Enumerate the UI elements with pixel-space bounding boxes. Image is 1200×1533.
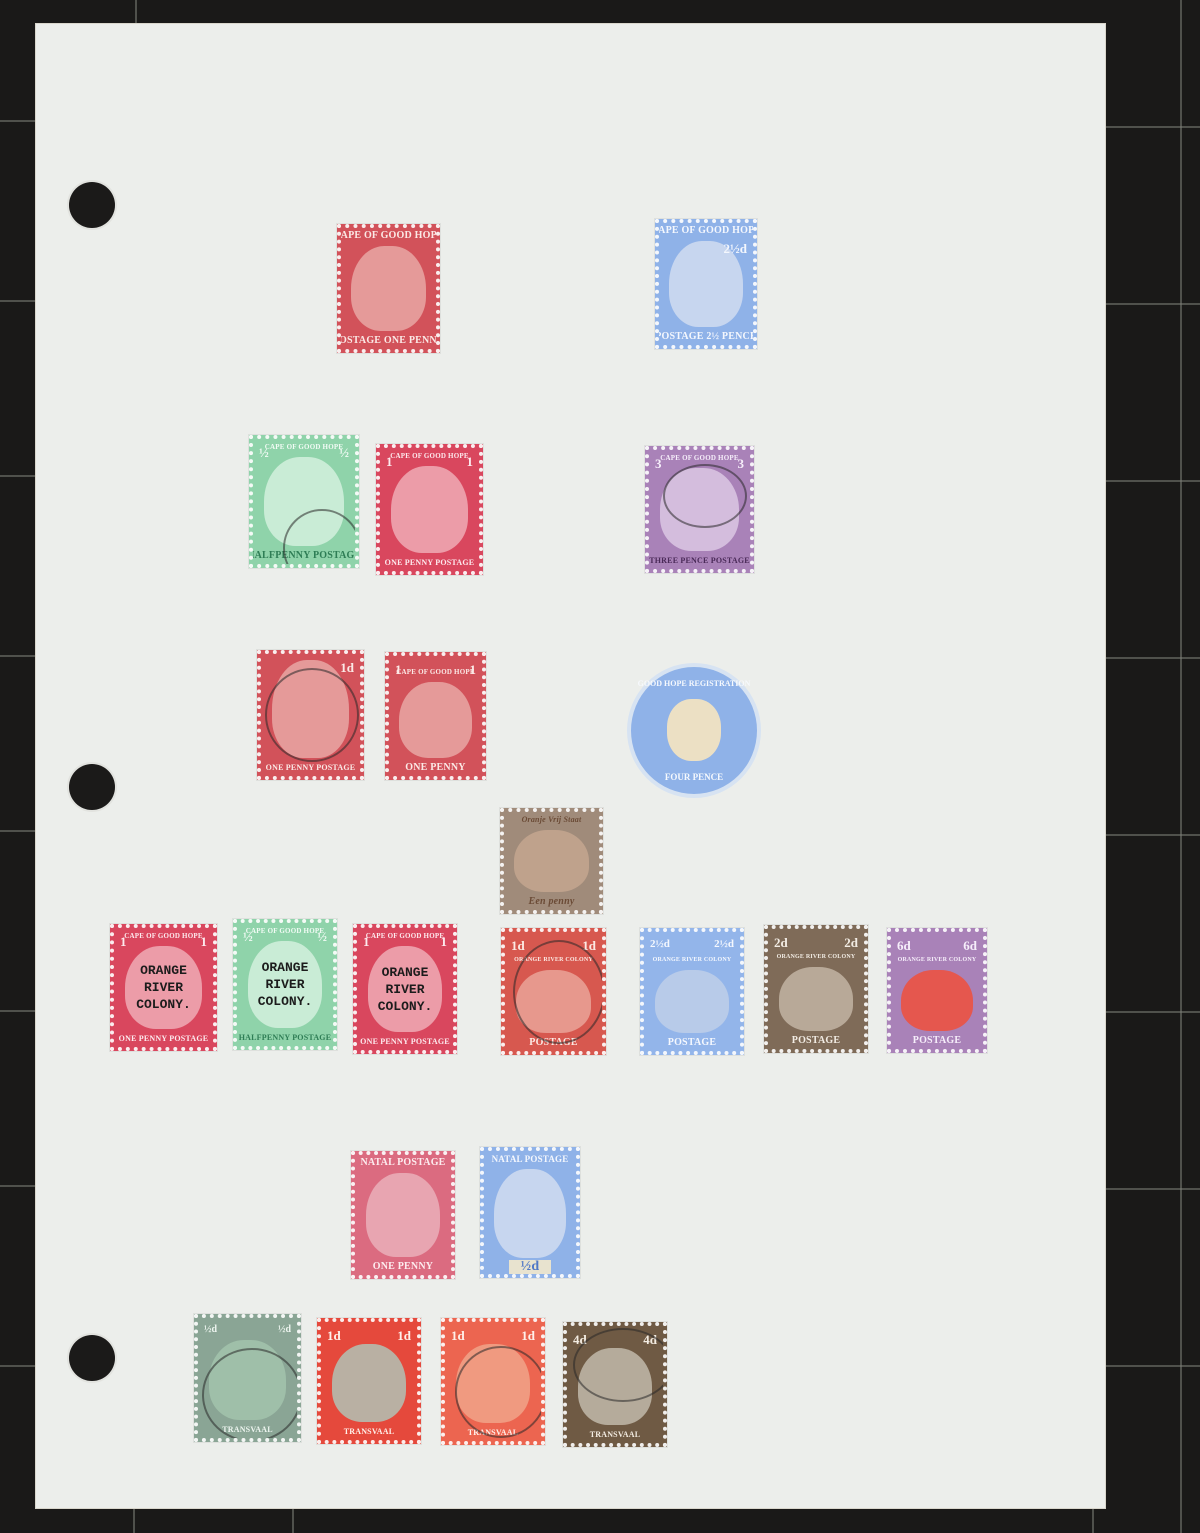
queen-victoria-embossed-profile (667, 699, 721, 761)
punch-hole (69, 764, 115, 810)
orange-tree-vignette (514, 830, 588, 892)
stamp-cape-registration-cutout: GOOD HOPE REGISTRATION FOUR PENCE (627, 663, 761, 798)
album-page (36, 24, 1105, 1508)
stamp-transvaal-1d-edward: 1d 1d TRANSVAAL (317, 1318, 421, 1444)
postmark (663, 464, 747, 528)
stamp-natal-1d-victoria: NATAL POSTAGE ONE PENNY (351, 1151, 455, 1279)
king-edward-portrait (332, 1344, 407, 1422)
stamp-cape-halfpenny: ½ ½ CAPE OF GOOD HOPE HALFPENNY POSTAGE (249, 435, 359, 568)
arms-and-table-mountain (399, 682, 472, 758)
stamp-ofs-een-penny: Oranje Vrij Staat Een penny (500, 808, 603, 914)
mat-seam (133, 1508, 135, 1533)
stamp-orc-6d-edward: 6d 6d ORANGE RIVER COLONY POSTAGE (887, 928, 987, 1053)
mat-seam (1105, 657, 1200, 659)
stamp-orc-overprint-1d: 1 1 CAPE OF GOOD HOPE ORANGE RIVER COLON… (353, 924, 457, 1054)
stamp-transvaal-4d-edward: 4d 4d TRANSVAAL (563, 1322, 667, 1447)
stamp-natal-half-edward: NATAL POSTAGE ½d (480, 1147, 580, 1278)
king-edward-portrait (655, 970, 730, 1033)
postmark (202, 1348, 301, 1442)
overprint-orange-river-colony: ORANGE RIVER COLONY. (258, 959, 313, 1010)
king-edward-portrait (901, 970, 973, 1031)
king-edward-portrait (494, 1169, 566, 1258)
queen-victoria-portrait (366, 1173, 441, 1257)
mat-seam (0, 1185, 36, 1187)
stamp-transvaal-half-edward: ½d ½d TRANSVAAL (194, 1314, 301, 1442)
mat-seam (1105, 303, 1200, 305)
stamp-orc-overprint-1d: 1 1 CAPE OF GOOD HOPE ORANGE RIVER COLON… (110, 924, 217, 1051)
mat-seam (292, 1508, 294, 1533)
stamp-transvaal-1d-edward: 1d 1d TRANSVAAL (441, 1318, 545, 1445)
stamp-cape-1d-hope-standing: 1 1 CAPE OF GOOD HOPE ONE PENNY POSTAGE (376, 444, 483, 575)
mat-seam (0, 655, 36, 657)
punch-hole (69, 1335, 115, 1381)
postmark (265, 668, 359, 762)
mat-seam (0, 300, 36, 302)
mat-seam (0, 830, 36, 832)
hope-seated-vignette (351, 246, 425, 331)
mat-seam (1092, 1508, 1094, 1533)
postmark (573, 1328, 667, 1402)
stamp-orc-overprint-halfpenny: ½ ½ CAPE OF GOOD HOPE ORANGE RIVER COLON… (233, 919, 337, 1050)
stamp-orc-2half-edward: 2½d 2½d ORANGE RIVER COLONY POSTAGE (640, 928, 744, 1055)
postmark (513, 940, 605, 1044)
stamp-orc-2d-edward: 2d 2d ORANGE RIVER COLONY POSTAGE (764, 925, 868, 1053)
mat-seam (1105, 1188, 1200, 1190)
postmark (455, 1346, 545, 1438)
mat-seam (0, 475, 36, 477)
mat-seam (135, 0, 137, 24)
mat-seam (1105, 1365, 1200, 1367)
stamp-cape-2half-hope-seated: CAPE OF GOOD HOPE 2½d POSTAGE 2½ PENCE (655, 219, 757, 349)
punch-hole (69, 182, 115, 228)
overprint-orange-river-colony: ORANGE RIVER COLONY. (378, 964, 433, 1015)
mat-seam (0, 1010, 36, 1012)
mat-seam (1180, 0, 1182, 1533)
stamp-cape-1d-arms: 1 1 CAPE OF GOOD HOPE ONE PENNY (385, 652, 486, 780)
mat-seam (1105, 1011, 1200, 1013)
overprint-orange-river-colony: ORANGE RIVER COLONY. (136, 962, 191, 1013)
king-edward-portrait (779, 967, 854, 1031)
stamp-cape-1d-hope-seated: CAPE OF GOOD HOPE POSTAGE ONE PENNY (337, 224, 440, 353)
mat-seam (1105, 834, 1200, 836)
mat-seam (1105, 126, 1200, 128)
mat-seam (1105, 480, 1200, 482)
stamp-cape-3d-hope-standing: 3 3 CAPE OF GOOD HOPE THREE PENCE POSTAG… (645, 446, 754, 573)
stamp-orc-1d-edward: 1d 1d ORANGE RIVER COLONY POSTAGE (501, 928, 606, 1055)
mat-seam (0, 1365, 36, 1367)
stamp-cape-1d-edward: 1d ONE PENNY POSTAGE (257, 650, 364, 780)
hope-standing-vignette (391, 466, 468, 553)
mat-seam (0, 120, 36, 122)
